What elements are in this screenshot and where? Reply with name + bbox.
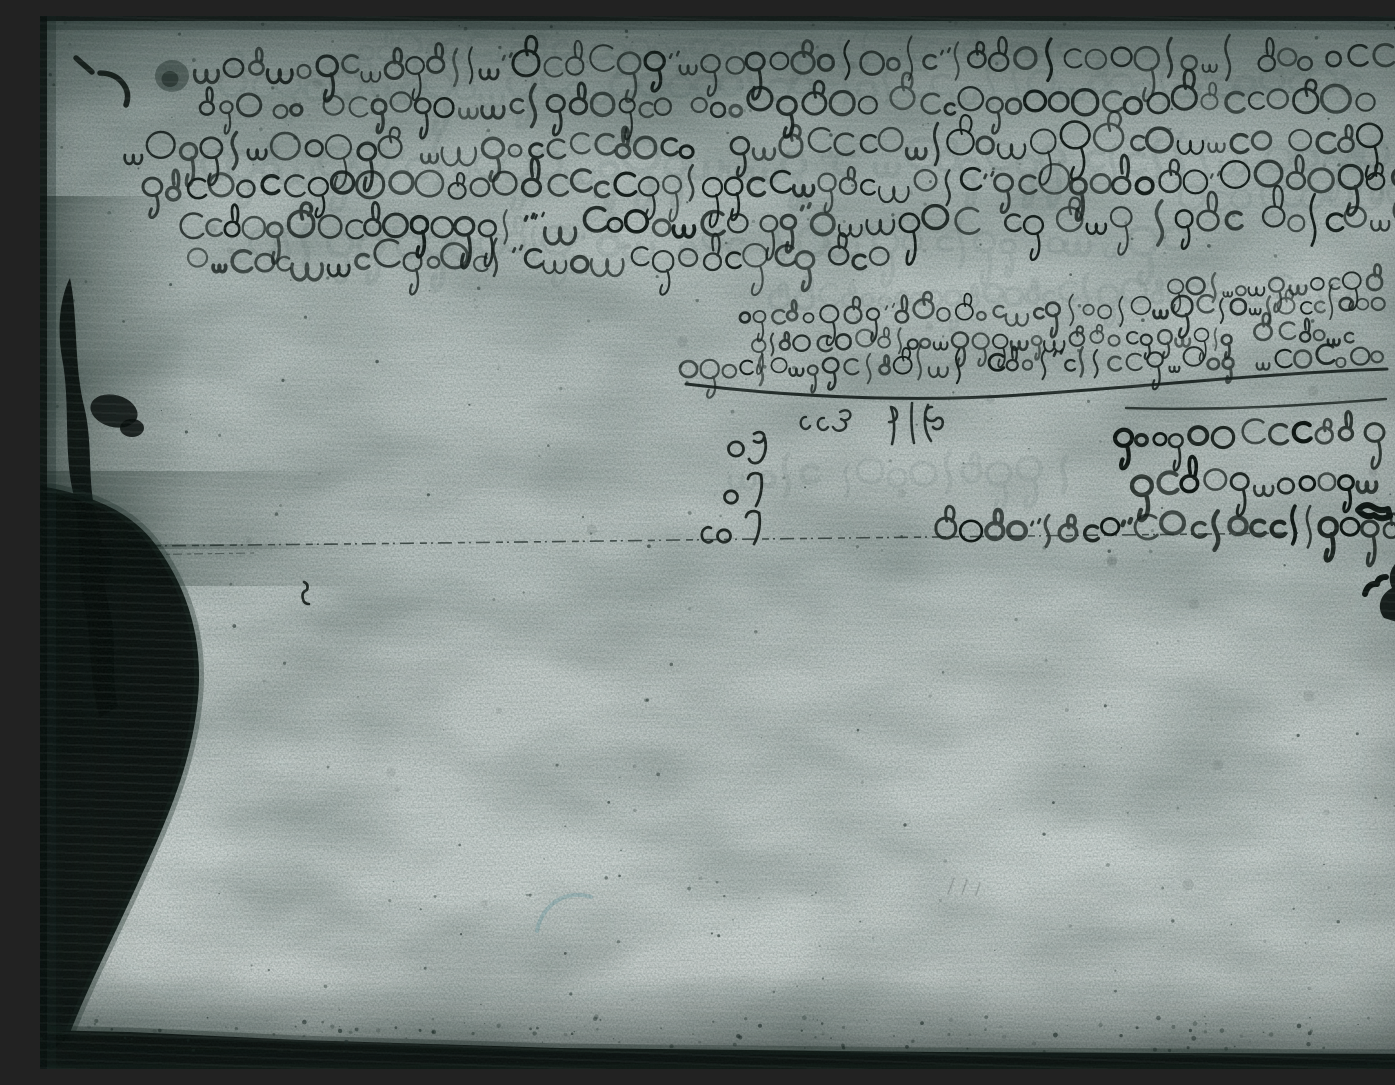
manuscript-render-canvas	[40, 16, 1395, 1069]
manuscript-photo: Photostat of a handwritten Burmese-scrip…	[40, 16, 1395, 1069]
film-grain-overlay	[40, 16, 1395, 1069]
